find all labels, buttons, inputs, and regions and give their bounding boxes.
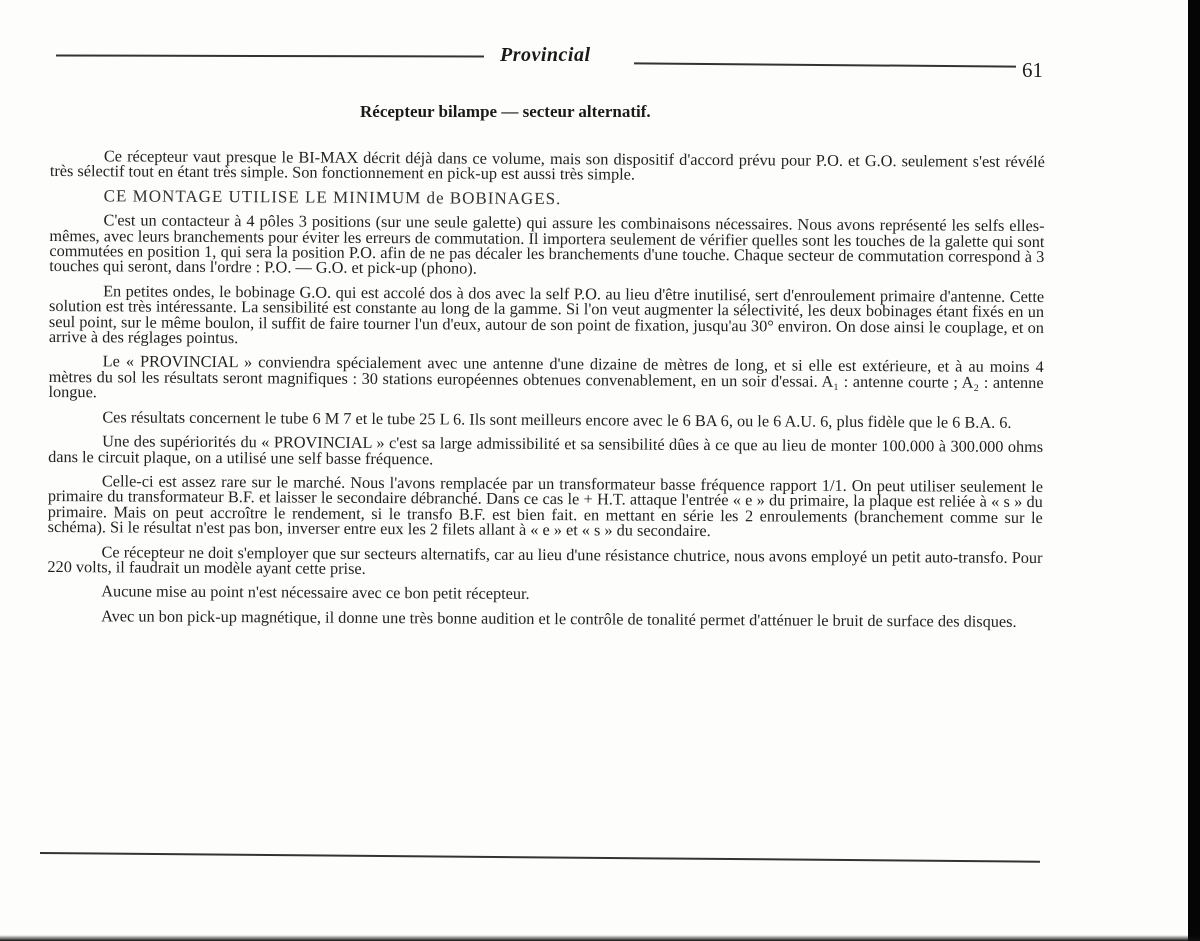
paragraph-secteur: Ce récepteur ne doit s'employer que sur … bbox=[47, 544, 1042, 581]
paragraph-contacteur: C'est un contacteur à 4 pôles 3 position… bbox=[49, 212, 1044, 280]
scan-bottom-shadow bbox=[0, 935, 1200, 941]
paragraph-antenne: Le « PROVINCIAL » conviendra spécialemen… bbox=[48, 353, 1043, 405]
paragraph-transformateur: Celle-ci est assez rare sur le marché. N… bbox=[48, 473, 1043, 541]
body-text: Ce récepteur vaut presque le BI-MAX décr… bbox=[47, 148, 1045, 638]
footer-rule bbox=[40, 852, 1040, 863]
paragraph-superiorites: Une des supériorités du « PROVINCIAL » c… bbox=[48, 433, 1043, 470]
subheading: CE MONTAGE UTILISE LE MINIMUM de BOBINAG… bbox=[50, 188, 1045, 209]
header-rule-left bbox=[56, 54, 484, 57]
paragraph-petites-ondes: En petites ondes, le bobinage G.O. qui e… bbox=[49, 283, 1044, 351]
paragraph-tubes: Ces résultats concernent le tube 6 M 7 e… bbox=[48, 409, 1043, 430]
scan-edge-shadow bbox=[1188, 0, 1200, 941]
paragraph-mise-au-point: Aucune mise au point n'est nécessaire av… bbox=[47, 583, 1042, 604]
page-number: 61 bbox=[1022, 58, 1043, 83]
header-rule-right bbox=[634, 62, 1016, 67]
paragraph-intro: Ce récepteur vaut presque le BI-MAX décr… bbox=[50, 148, 1045, 185]
book-page: Provincial 61 Récepteur bilampe — secteu… bbox=[0, 0, 1188, 941]
paragraph-pick-up: Avec un bon pick-up magnétique, il donne… bbox=[47, 608, 1042, 629]
running-title: Provincial bbox=[500, 44, 591, 67]
section-title: Récepteur bilampe — secteur alternatif. bbox=[360, 102, 651, 122]
